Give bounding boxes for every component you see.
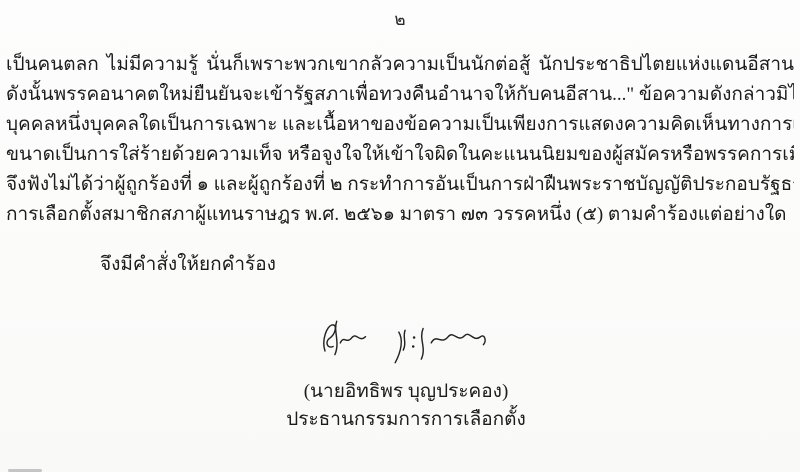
body-paragraph: เป็นคนตลก ไม่มีความรู้ นั่นก็เพราะพวกเขา… [6,50,794,230]
page-number: ๒ [0,6,800,33]
body-line: จึงฟังไม่ได้ว่าผู้ถูกร้องที่ ๑ และผู้ถูก… [6,170,794,200]
order-statement: จึงมีคำสั่งให้ยกคำร้อง [100,250,276,280]
body-line: บุคคลหนึ่งบุคคลใดเป็นการเฉพาะ และเนื้อหา… [6,110,794,140]
signature-block [12,314,800,375]
body-line: ดังนั้นพรรคอนาคตใหม่ยืนยันจะเข้ารัฐสภาเพ… [6,80,794,110]
signatory-title: ประธานกรรมการการเลือกตั้ง [12,406,800,434]
body-line: การเลือกตั้งสมาชิกสภาผู้แทนราษฎร พ.ศ. ๒๕… [6,200,794,230]
body-line: ขนาดเป็นการใส่ร้ายด้วยความเท็จ หรือจูงใจ… [6,140,794,170]
document-page: ๒ เป็นคนตลก ไม่มีความรู้ นั่นก็เพราะพวกเ… [0,0,800,472]
body-line: เป็นคนตลก ไม่มีความรู้ นั่นก็เพราะพวกเขา… [6,50,794,80]
signatory-name: (นายอิทธิพร บุญประคอง) [12,378,800,406]
signature-handwriting-icon [316,314,496,370]
